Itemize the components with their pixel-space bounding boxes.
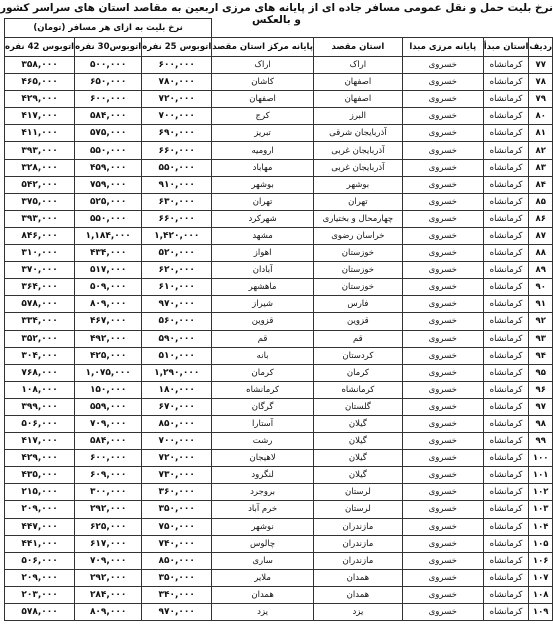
fare-table: نرخ بلیت به ازای هر مسافر (تومان) اتوبوس…	[4, 18, 553, 621]
dest-province-cell: قم	[313, 330, 402, 347]
bus42-cell: ۴۱۷,۰۰۰	[5, 108, 75, 125]
row-no-cell: ۸۴	[529, 176, 553, 193]
dest-province-cell: مازندران	[313, 552, 402, 569]
dest-province-cell: یزد	[313, 604, 402, 621]
origin-province-cell: کرمانشاه	[483, 227, 529, 244]
dest-terminal-cell: قزوین	[212, 313, 314, 330]
row-no-cell: ۸۱	[529, 125, 553, 142]
dest-province-cell: آذربایجان شرقی	[313, 125, 402, 142]
bus42-cell: ۲۰۳,۰۰۰	[5, 586, 75, 603]
dest-terminal-cell: آستارا	[212, 415, 314, 432]
bus25-cell: ۱,۴۲۰,۰۰۰	[142, 227, 212, 244]
bus42-cell: ۳۵۸,۰۰۰	[5, 57, 75, 74]
origin-province-cell: کرمانشاه	[483, 108, 529, 125]
col-bus30-header: اتوبوس30 نفره	[75, 38, 142, 57]
origin-border-cell: خسروی	[402, 108, 483, 125]
fare-group-header: نرخ بلیت به ازای هر مسافر (تومان)	[5, 19, 212, 38]
bus42-cell: ۳۲۸,۰۰۰	[5, 159, 75, 176]
bus42-cell: ۳۱۰,۰۰۰	[5, 245, 75, 262]
dest-terminal-cell: ماهشهر	[212, 279, 314, 296]
bus42-cell: ۷۶۸,۰۰۰	[5, 364, 75, 381]
table-row: ۵۰۶,۰۰۰۷۰۹,۰۰۰۸۵۰,۰۰۰آستاراگیلانخسرویکرم…	[5, 415, 553, 432]
bus30-cell: ۵۲۵,۰۰۰	[75, 193, 142, 210]
table-row: ۵۷۸,۰۰۰۸۰۹,۰۰۰۹۷۰,۰۰۰یزدیزدخسرویکرمانشاه…	[5, 604, 553, 621]
origin-border-cell: خسروی	[402, 227, 483, 244]
bus25-cell: ۵۶۰,۰۰۰	[142, 313, 212, 330]
origin-border-cell: خسروی	[402, 484, 483, 501]
dest-province-cell: لرستان	[313, 484, 402, 501]
bus42-cell: ۳۳۴,۰۰۰	[5, 313, 75, 330]
bus25-cell: ۸۵۰,۰۰۰	[142, 552, 212, 569]
dest-province-cell: اراک	[313, 57, 402, 74]
origin-province-cell: کرمانشاه	[483, 313, 529, 330]
dest-province-cell: آذربایجان غربی	[313, 159, 402, 176]
origin-border-cell: خسروی	[402, 74, 483, 91]
table-row: ۵۷۸,۰۰۰۸۰۹,۰۰۰۹۷۰,۰۰۰شیرازفارسخسرویکرمان…	[5, 296, 553, 313]
bus42-cell: ۴۴۷,۰۰۰	[5, 518, 75, 535]
origin-border-cell: خسروی	[402, 279, 483, 296]
origin-border-cell: خسروی	[402, 398, 483, 415]
row-no-cell: ۸۵	[529, 193, 553, 210]
table-row: ۴۲۹,۰۰۰۶۰۰,۰۰۰۷۲۰,۰۰۰اصفهاناصفهانخسرویکر…	[5, 91, 553, 108]
table-row: ۳۱۰,۰۰۰۴۳۴,۰۰۰۵۲۰,۰۰۰اهوازخوزستانخسرویکر…	[5, 245, 553, 262]
table-row: ۴۴۷,۰۰۰۶۲۵,۰۰۰۷۵۰,۰۰۰نوشهرمازندرانخسرویک…	[5, 518, 553, 535]
dest-terminal-cell: لنگرود	[212, 467, 314, 484]
origin-border-cell: خسروی	[402, 415, 483, 432]
row-no-cell: ۸۶	[529, 210, 553, 227]
origin-province-cell: کرمانشاه	[483, 57, 529, 74]
dest-province-cell: البرز	[313, 108, 402, 125]
bus42-cell: ۴۲۹,۰۰۰	[5, 91, 75, 108]
table-row: ۳۹۳,۰۰۰۵۵۰,۰۰۰۶۶۰,۰۰۰شهرکردچهارمحال و بخ…	[5, 210, 553, 227]
bus25-cell: ۷۴۰,۰۰۰	[142, 535, 212, 552]
origin-province-cell: کرمانشاه	[483, 552, 529, 569]
row-no-cell: ۷۸	[529, 74, 553, 91]
bus42-cell: ۳۷۵,۰۰۰	[5, 193, 75, 210]
fare-table-body: ۳۵۸,۰۰۰۵۰۰,۰۰۰۶۰۰,۰۰۰اراکاراکخسرویکرمانش…	[5, 57, 553, 621]
bus25-cell: ۳۶۰,۰۰۰	[142, 484, 212, 501]
table-row: ۴۳۵,۰۰۰۶۰۹,۰۰۰۷۳۰,۰۰۰لنگرودگیلانخسرویکرم…	[5, 467, 553, 484]
dest-province-cell: گیلان	[313, 433, 402, 450]
row-no-cell: ۹۲	[529, 313, 553, 330]
origin-border-cell: خسروی	[402, 535, 483, 552]
dest-province-cell: خوزستان	[313, 279, 402, 296]
origin-province-cell: کرمانشاه	[483, 604, 529, 621]
origin-province-cell: کرمانشاه	[483, 279, 529, 296]
bus30-cell: ۳۰۰,۰۰۰	[75, 484, 142, 501]
origin-province-cell: کرمانشاه	[483, 91, 529, 108]
dest-terminal-cell: اراک	[212, 57, 314, 74]
row-no-cell: ۸۷	[529, 227, 553, 244]
origin-province-cell: کرمانشاه	[483, 296, 529, 313]
row-no-cell: ۱۰۳	[529, 501, 553, 518]
origin-province-cell: کرمانشاه	[483, 484, 529, 501]
row-no-cell: ۱۰۴	[529, 518, 553, 535]
dest-terminal-cell: همدان	[212, 586, 314, 603]
dest-terminal-cell: کرمان	[212, 364, 314, 381]
bus42-cell: ۱۰۸,۰۰۰	[5, 381, 75, 398]
dest-terminal-cell: یزد	[212, 604, 314, 621]
dest-terminal-cell: اهواز	[212, 245, 314, 262]
origin-province-cell: کرمانشاه	[483, 501, 529, 518]
row-no-cell: ۷۹	[529, 91, 553, 108]
bus25-cell: ۹۷۰,۰۰۰	[142, 604, 212, 621]
row-no-cell: ۱۰۸	[529, 586, 553, 603]
table-row: ۲۱۵,۰۰۰۳۰۰,۰۰۰۳۶۰,۰۰۰بروجردلرستانخسرویکر…	[5, 484, 553, 501]
origin-province-cell: کرمانشاه	[483, 433, 529, 450]
bus30-cell: ۴۲۵,۰۰۰	[75, 347, 142, 364]
origin-border-cell: خسروی	[402, 125, 483, 142]
bus42-cell: ۳۹۹,۰۰۰	[5, 398, 75, 415]
bus30-cell: ۵۰۰,۰۰۰	[75, 57, 142, 74]
row-no-cell: ۱۰۶	[529, 552, 553, 569]
bus25-cell: ۶۹۰,۰۰۰	[142, 125, 212, 142]
bus30-cell: ۶۰۹,۰۰۰	[75, 467, 142, 484]
dest-terminal-cell: شیراز	[212, 296, 314, 313]
bus42-cell: ۳۷۰,۰۰۰	[5, 262, 75, 279]
bus30-cell: ۶۱۷,۰۰۰	[75, 535, 142, 552]
origin-border-cell: خسروی	[402, 142, 483, 159]
bus25-cell: ۳۵۰,۰۰۰	[142, 501, 212, 518]
origin-province-cell: کرمانشاه	[483, 398, 529, 415]
bus30-cell: ۸۰۹,۰۰۰	[75, 604, 142, 621]
row-no-cell: ۱۰۰	[529, 450, 553, 467]
dest-terminal-cell: کرج	[212, 108, 314, 125]
table-row: ۳۰۴,۰۰۰۴۲۵,۰۰۰۵۱۰,۰۰۰بانهکردستانخسرویکرم…	[5, 347, 553, 364]
dest-province-cell: لرستان	[313, 501, 402, 518]
row-no-cell: ۹۴	[529, 347, 553, 364]
origin-province-cell: کرمانشاه	[483, 381, 529, 398]
dest-province-cell: اصفهان	[313, 74, 402, 91]
bus42-cell: ۴۴۱,۰۰۰	[5, 535, 75, 552]
bus25-cell: ۶۰۰,۰۰۰	[142, 57, 212, 74]
bus30-cell: ۲۹۲,۰۰۰	[75, 569, 142, 586]
table-row: ۳۹۳,۰۰۰۵۵۰,۰۰۰۶۶۰,۰۰۰ارومیهآذربایجان غرب…	[5, 142, 553, 159]
bus42-cell: ۳۰۴,۰۰۰	[5, 347, 75, 364]
bus25-cell: ۸۵۰,۰۰۰	[142, 415, 212, 432]
bus25-cell: ۵۹۰,۰۰۰	[142, 330, 212, 347]
table-row: ۳۷۵,۰۰۰۵۲۵,۰۰۰۶۳۰,۰۰۰تهرانتهرانخسرویکرما…	[5, 193, 553, 210]
bus42-cell: ۲۰۹,۰۰۰	[5, 569, 75, 586]
bus30-cell: ۵۵۹,۰۰۰	[75, 398, 142, 415]
bus25-cell: ۷۳۰,۰۰۰	[142, 467, 212, 484]
origin-border-cell: خسروی	[402, 330, 483, 347]
row-no-cell: ۹۱	[529, 296, 553, 313]
bus30-cell: ۶۰۰,۰۰۰	[75, 91, 142, 108]
table-row: ۳۵۲,۰۰۰۴۹۲,۰۰۰۵۹۰,۰۰۰قمقمخسرویکرمانشاه۹۳	[5, 330, 553, 347]
row-no-cell: ۸۲	[529, 142, 553, 159]
table-row: ۳۲۸,۰۰۰۴۵۹,۰۰۰۵۵۰,۰۰۰مهابادآذربایجان غرب…	[5, 159, 553, 176]
dest-province-cell: آذربایجان غربی	[313, 142, 402, 159]
origin-border-cell: خسروی	[402, 296, 483, 313]
row-no-cell: ۹۸	[529, 415, 553, 432]
bus25-cell: ۷۵۰,۰۰۰	[142, 518, 212, 535]
dest-province-cell: چهارمحال و بختیاری	[313, 210, 402, 227]
bus42-cell: ۳۹۳,۰۰۰	[5, 210, 75, 227]
bus25-cell: ۵۲۰,۰۰۰	[142, 245, 212, 262]
dest-province-cell: تهران	[313, 193, 402, 210]
bus42-cell: ۴۳۵,۰۰۰	[5, 467, 75, 484]
dest-province-cell: خوزستان	[313, 262, 402, 279]
dest-province-cell: اصفهان	[313, 91, 402, 108]
dest-terminal-cell: آبادان	[212, 262, 314, 279]
bus30-cell: ۴۹۲,۰۰۰	[75, 330, 142, 347]
bus30-cell: ۷۰۹,۰۰۰	[75, 552, 142, 569]
bus25-cell: ۷۲۰,۰۰۰	[142, 450, 212, 467]
bus25-cell: ۱۸۰,۰۰۰	[142, 381, 212, 398]
bus42-cell: ۵۰۶,۰۰۰	[5, 415, 75, 432]
bus25-cell: ۳۴۰,۰۰۰	[142, 586, 212, 603]
bus42-cell: ۲۰۹,۰۰۰	[5, 501, 75, 518]
dest-terminal-cell: بانه	[212, 347, 314, 364]
row-no-cell: ۸۰	[529, 108, 553, 125]
origin-border-cell: خسروی	[402, 450, 483, 467]
origin-border-cell: خسروی	[402, 210, 483, 227]
table-row: ۱۰۸,۰۰۰۱۵۰,۰۰۰۱۸۰,۰۰۰کرمانشاهکرمانشاهخسر…	[5, 381, 553, 398]
bus25-cell: ۹۷۰,۰۰۰	[142, 296, 212, 313]
bus25-cell: ۶۷۰,۰۰۰	[142, 398, 212, 415]
bus42-cell: ۴۱۱,۰۰۰	[5, 125, 75, 142]
row-no-cell: ۹۵	[529, 364, 553, 381]
origin-province-cell: کرمانشاه	[483, 518, 529, 535]
table-row: ۳۶۴,۰۰۰۵۰۹,۰۰۰۶۱۰,۰۰۰ماهشهرخوزستانخسرویک…	[5, 279, 553, 296]
col-origin-border-header: پایانه مرزی مبدا	[402, 38, 483, 57]
dest-terminal-cell: ملایر	[212, 569, 314, 586]
origin-province-cell: کرمانشاه	[483, 415, 529, 432]
bus42-cell: ۵۷۸,۰۰۰	[5, 296, 75, 313]
table-row: ۲۰۳,۰۰۰۲۸۴,۰۰۰۳۴۰,۰۰۰همدانهمدانخسرویکرما…	[5, 586, 553, 603]
table-row: ۳۳۴,۰۰۰۴۶۷,۰۰۰۵۶۰,۰۰۰قزوینقزوینخسرویکرما…	[5, 313, 553, 330]
bus42-cell: ۴۲۹,۰۰۰	[5, 450, 75, 467]
dest-province-cell: قزوین	[313, 313, 402, 330]
bus42-cell: ۵۴۲,۰۰۰	[5, 176, 75, 193]
row-no-cell: ۷۷	[529, 57, 553, 74]
bus25-cell: ۵۵۰,۰۰۰	[142, 159, 212, 176]
origin-province-cell: کرمانشاه	[483, 245, 529, 262]
origin-border-cell: خسروی	[402, 57, 483, 74]
bus30-cell: ۵۵۰,۰۰۰	[75, 142, 142, 159]
bus42-cell: ۳۹۳,۰۰۰	[5, 142, 75, 159]
bus30-cell: ۱۵۰,۰۰۰	[75, 381, 142, 398]
bus42-cell: ۵۷۸,۰۰۰	[5, 604, 75, 621]
row-no-cell: ۱۰۵	[529, 535, 553, 552]
row-no-cell: ۹۶	[529, 381, 553, 398]
table-row: ۴۱۷,۰۰۰۵۸۴,۰۰۰۷۰۰,۰۰۰رشتگیلانخسرویکرمانش…	[5, 433, 553, 450]
origin-province-cell: کرمانشاه	[483, 347, 529, 364]
dest-terminal-cell: نوشهر	[212, 518, 314, 535]
dest-terminal-cell: لاهیجان	[212, 450, 314, 467]
table-row: ۵۴۲,۰۰۰۷۵۹,۰۰۰۹۱۰,۰۰۰بوشهربوشهرخسرویکرما…	[5, 176, 553, 193]
dest-province-cell: خراسان رضوی	[313, 227, 402, 244]
bus30-cell: ۴۳۴,۰۰۰	[75, 245, 142, 262]
dest-terminal-cell: قم	[212, 330, 314, 347]
bus30-cell: ۱,۱۸۴,۰۰۰	[75, 227, 142, 244]
origin-province-cell: کرمانشاه	[483, 569, 529, 586]
bus30-cell: ۲۸۴,۰۰۰	[75, 586, 142, 603]
origin-province-cell: کرمانشاه	[483, 586, 529, 603]
origin-border-cell: خسروی	[402, 381, 483, 398]
row-no-cell: ۱۰۹	[529, 604, 553, 621]
dest-province-cell: همدان	[313, 586, 402, 603]
row-no-cell: ۸۳	[529, 159, 553, 176]
origin-border-cell: خسروی	[402, 91, 483, 108]
col-dest-terminal-header: پایانه مرکز استان مقصد	[212, 38, 314, 57]
bus25-cell: ۷۰۰,۰۰۰	[142, 433, 212, 450]
bus30-cell: ۵۷۵,۰۰۰	[75, 125, 142, 142]
bus25-cell: ۹۱۰,۰۰۰	[142, 176, 212, 193]
table-row: ۴۲۹,۰۰۰۶۰۰,۰۰۰۷۲۰,۰۰۰لاهیجانگیلانخسرویکر…	[5, 450, 553, 467]
row-no-cell: ۸۸	[529, 245, 553, 262]
origin-border-cell: خسروی	[402, 176, 483, 193]
dest-terminal-cell: مشهد	[212, 227, 314, 244]
bus30-cell: ۷۵۹,۰۰۰	[75, 176, 142, 193]
dest-terminal-cell: خرم آباد	[212, 501, 314, 518]
table-row: ۳۵۸,۰۰۰۵۰۰,۰۰۰۶۰۰,۰۰۰اراکاراکخسرویکرمانش…	[5, 57, 553, 74]
origin-border-cell: خسروی	[402, 193, 483, 210]
bus42-cell: ۴۱۷,۰۰۰	[5, 433, 75, 450]
origin-border-cell: خسروی	[402, 313, 483, 330]
dest-province-cell: گیلان	[313, 415, 402, 432]
origin-province-cell: کرمانشاه	[483, 262, 529, 279]
dest-terminal-cell: اصفهان	[212, 91, 314, 108]
header-spacer	[212, 19, 553, 38]
bus42-cell: ۴۶۵,۰۰۰	[5, 74, 75, 91]
dest-province-cell: کرمانشاه	[313, 381, 402, 398]
origin-province-cell: کرمانشاه	[483, 450, 529, 467]
bus42-cell: ۳۵۲,۰۰۰	[5, 330, 75, 347]
origin-border-cell: خسروی	[402, 569, 483, 586]
origin-province-cell: کرمانشاه	[483, 159, 529, 176]
dest-province-cell: مازندران	[313, 535, 402, 552]
dest-terminal-cell: کرمانشاه	[212, 381, 314, 398]
origin-province-cell: کرمانشاه	[483, 364, 529, 381]
dest-terminal-cell: تبریز	[212, 125, 314, 142]
origin-border-cell: خسروی	[402, 604, 483, 621]
row-no-cell: ۱۰۲	[529, 484, 553, 501]
bus30-cell: ۲۹۲,۰۰۰	[75, 501, 142, 518]
bus30-cell: ۶۵۰,۰۰۰	[75, 74, 142, 91]
origin-border-cell: خسروی	[402, 552, 483, 569]
dest-terminal-cell: شهرکرد	[212, 210, 314, 227]
origin-province-cell: کرمانشاه	[483, 210, 529, 227]
bus25-cell: ۱,۲۹۰,۰۰۰	[142, 364, 212, 381]
bus30-cell: ۴۶۷,۰۰۰	[75, 313, 142, 330]
table-row: ۴۶۵,۰۰۰۶۵۰,۰۰۰۷۸۰,۰۰۰کاشاناصفهانخسرویکرم…	[5, 74, 553, 91]
bus42-cell: ۸۴۶,۰۰۰	[5, 227, 75, 244]
dest-terminal-cell: بوشهر	[212, 176, 314, 193]
bus25-cell: ۷۸۰,۰۰۰	[142, 74, 212, 91]
dest-terminal-cell: مهاباد	[212, 159, 314, 176]
bus42-cell: ۲۱۵,۰۰۰	[5, 484, 75, 501]
origin-province-cell: کرمانشاه	[483, 193, 529, 210]
origin-border-cell: خسروی	[402, 518, 483, 535]
origin-province-cell: کرمانشاه	[483, 535, 529, 552]
bus30-cell: ۵۵۰,۰۰۰	[75, 210, 142, 227]
origin-border-cell: خسروی	[402, 501, 483, 518]
bus25-cell: ۷۲۰,۰۰۰	[142, 91, 212, 108]
dest-terminal-cell: رشت	[212, 433, 314, 450]
bus42-cell: ۵۰۶,۰۰۰	[5, 552, 75, 569]
bus25-cell: ۶۶۰,۰۰۰	[142, 210, 212, 227]
table-row: ۲۰۹,۰۰۰۲۹۲,۰۰۰۳۵۰,۰۰۰ملایرهمدانخسرویکرما…	[5, 569, 553, 586]
bus30-cell: ۷۰۹,۰۰۰	[75, 415, 142, 432]
dest-province-cell: همدان	[313, 569, 402, 586]
origin-border-cell: خسروی	[402, 586, 483, 603]
origin-province-cell: کرمانشاه	[483, 467, 529, 484]
table-row: ۳۹۹,۰۰۰۵۵۹,۰۰۰۶۷۰,۰۰۰گرگانگلستانخسرویکرم…	[5, 398, 553, 415]
origin-province-cell: کرمانشاه	[483, 330, 529, 347]
table-row: ۷۶۸,۰۰۰۱,۰۷۵,۰۰۰۱,۲۹۰,۰۰۰کرمانکرمانخسروی…	[5, 364, 553, 381]
row-no-cell: ۱۰۱	[529, 467, 553, 484]
dest-terminal-cell: چالوس	[212, 535, 314, 552]
bus30-cell: ۵۸۴,۰۰۰	[75, 433, 142, 450]
table-row: ۳۷۰,۰۰۰۵۱۷,۰۰۰۶۲۰,۰۰۰آبادانخوزستانخسرویک…	[5, 262, 553, 279]
col-dest-province-header: استان مقصد	[313, 38, 402, 57]
dest-province-cell: کردستان	[313, 347, 402, 364]
origin-border-cell: خسروی	[402, 364, 483, 381]
bus30-cell: ۵۰۹,۰۰۰	[75, 279, 142, 296]
dest-terminal-cell: گرگان	[212, 398, 314, 415]
origin-border-cell: خسروی	[402, 245, 483, 262]
row-no-cell: ۸۹	[529, 262, 553, 279]
bus30-cell: ۶۰۰,۰۰۰	[75, 450, 142, 467]
table-row: ۴۱۷,۰۰۰۵۸۴,۰۰۰۷۰۰,۰۰۰کرجالبرزخسرویکرمانش…	[5, 108, 553, 125]
bus25-cell: ۳۵۰,۰۰۰	[142, 569, 212, 586]
dest-province-cell: گیلان	[313, 467, 402, 484]
col-row-no-header: ردیف	[529, 38, 553, 57]
bus25-cell: ۶۳۰,۰۰۰	[142, 193, 212, 210]
bus25-cell: ۶۶۰,۰۰۰	[142, 142, 212, 159]
dest-province-cell: گلستان	[313, 398, 402, 415]
dest-terminal-cell: ساری	[212, 552, 314, 569]
row-no-cell: ۹۰	[529, 279, 553, 296]
row-no-cell: ۹۷	[529, 398, 553, 415]
table-row: ۴۴۱,۰۰۰۶۱۷,۰۰۰۷۴۰,۰۰۰چالوسمازندرانخسرویک…	[5, 535, 553, 552]
bus25-cell: ۵۱۰,۰۰۰	[142, 347, 212, 364]
dest-terminal-cell: تهران	[212, 193, 314, 210]
dest-province-cell: فارس	[313, 296, 402, 313]
bus25-cell: ۶۲۰,۰۰۰	[142, 262, 212, 279]
row-no-cell: ۱۰۷	[529, 569, 553, 586]
row-no-cell: ۹۳	[529, 330, 553, 347]
origin-border-cell: خسروی	[402, 467, 483, 484]
dest-terminal-cell: ارومیه	[212, 142, 314, 159]
dest-province-cell: مازندران	[313, 518, 402, 535]
bus25-cell: ۷۰۰,۰۰۰	[142, 108, 212, 125]
origin-province-cell: کرمانشاه	[483, 125, 529, 142]
origin-province-cell: کرمانشاه	[483, 176, 529, 193]
col-bus42-header: اتوبوس 42 نفره	[5, 38, 75, 57]
bus30-cell: ۶۲۵,۰۰۰	[75, 518, 142, 535]
bus30-cell: ۱,۰۷۵,۰۰۰	[75, 364, 142, 381]
table-row: ۴۱۱,۰۰۰۵۷۵,۰۰۰۶۹۰,۰۰۰تبریزآذربایجان شرقی…	[5, 125, 553, 142]
bus25-cell: ۶۱۰,۰۰۰	[142, 279, 212, 296]
origin-border-cell: خسروی	[402, 262, 483, 279]
dest-province-cell: بوشهر	[313, 176, 402, 193]
dest-province-cell: کرمان	[313, 364, 402, 381]
table-row: ۵۰۶,۰۰۰۷۰۹,۰۰۰۸۵۰,۰۰۰ساریمازندرانخسرویکر…	[5, 552, 553, 569]
origin-border-cell: خسروی	[402, 347, 483, 364]
dest-province-cell: گیلان	[313, 450, 402, 467]
origin-province-cell: کرمانشاه	[483, 142, 529, 159]
col-bus25-header: اتوبوس 25 نفره	[142, 38, 212, 57]
row-no-cell: ۹۹	[529, 433, 553, 450]
bus30-cell: ۵۱۷,۰۰۰	[75, 262, 142, 279]
dest-terminal-cell: کاشان	[212, 74, 314, 91]
bus30-cell: ۵۸۴,۰۰۰	[75, 108, 142, 125]
origin-province-cell: کرمانشاه	[483, 74, 529, 91]
table-row: ۲۰۹,۰۰۰۲۹۲,۰۰۰۳۵۰,۰۰۰خرم آبادلرستانخسروی…	[5, 501, 553, 518]
